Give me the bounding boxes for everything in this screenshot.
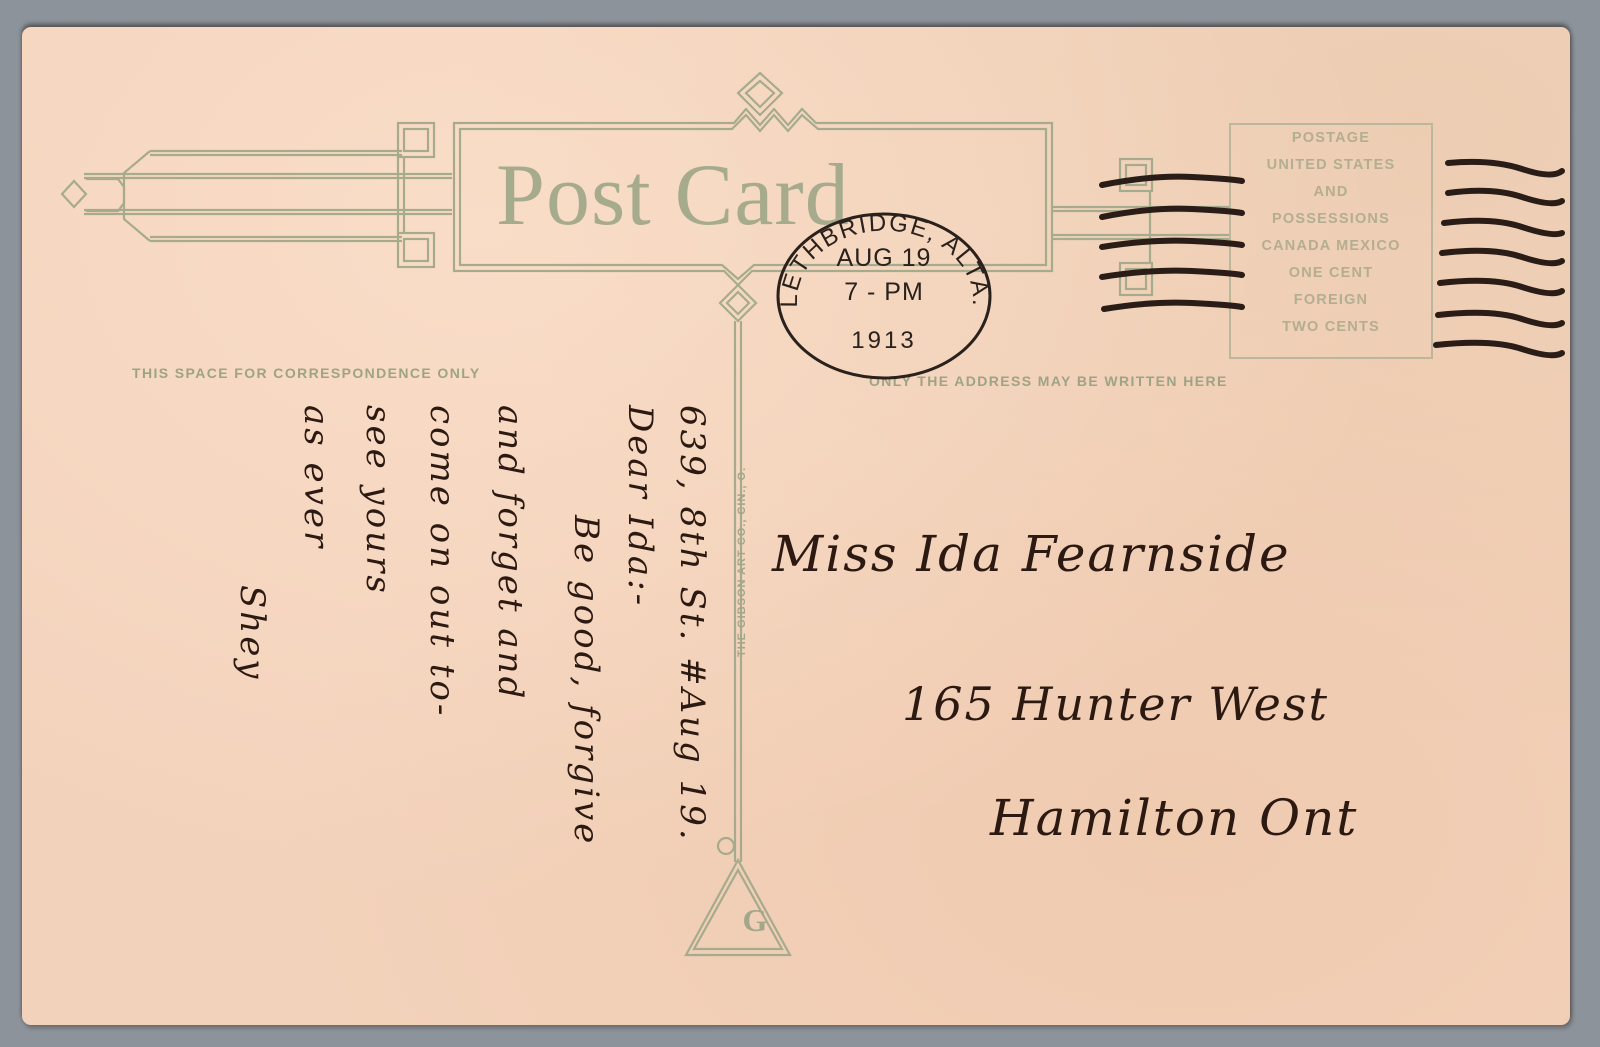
recipient-city: Hamilton Ont <box>990 789 1358 847</box>
message-line: Dear Ida:- <box>620 405 660 608</box>
handwritten-message: 639, 8th St. #Aug 19. Dear Ida:- Be good… <box>122 405 722 1005</box>
publisher-imprint: THE GIBSON ART CO., CIN., O. <box>736 467 748 657</box>
correspondence-label: THIS SPACE FOR CORRESPONDENCE ONLY <box>132 365 481 381</box>
postmark-date: AUG 19 <box>774 244 994 273</box>
recipient-name: Miss Ida Fearnside <box>772 525 1291 583</box>
postmark-year: 1913 <box>774 327 994 355</box>
publisher-logo-letter: G <box>740 902 770 939</box>
message-line: as ever <box>296 405 336 550</box>
message-line: come on out to- <box>422 405 462 718</box>
postcard-back: Post Card THIS SPACE FOR CORRESPONDENCE … <box>22 27 1570 1025</box>
message-signature: Shey <box>232 585 272 682</box>
message-header: 639, 8th St. #Aug 19. <box>672 405 712 843</box>
message-line: Be good, forgive <box>566 515 606 846</box>
message-line: see yours <box>358 405 398 596</box>
postmark: LETHBRIDGE, ALTA. AUG 19 7 - PM 1913 <box>774 210 994 380</box>
postmark-time: 7 - PM <box>774 278 994 307</box>
message-line: and forget and <box>490 405 530 701</box>
wavy-cancel-lines-icon <box>1092 147 1570 387</box>
recipient-street: 165 Hunter West <box>902 677 1329 731</box>
